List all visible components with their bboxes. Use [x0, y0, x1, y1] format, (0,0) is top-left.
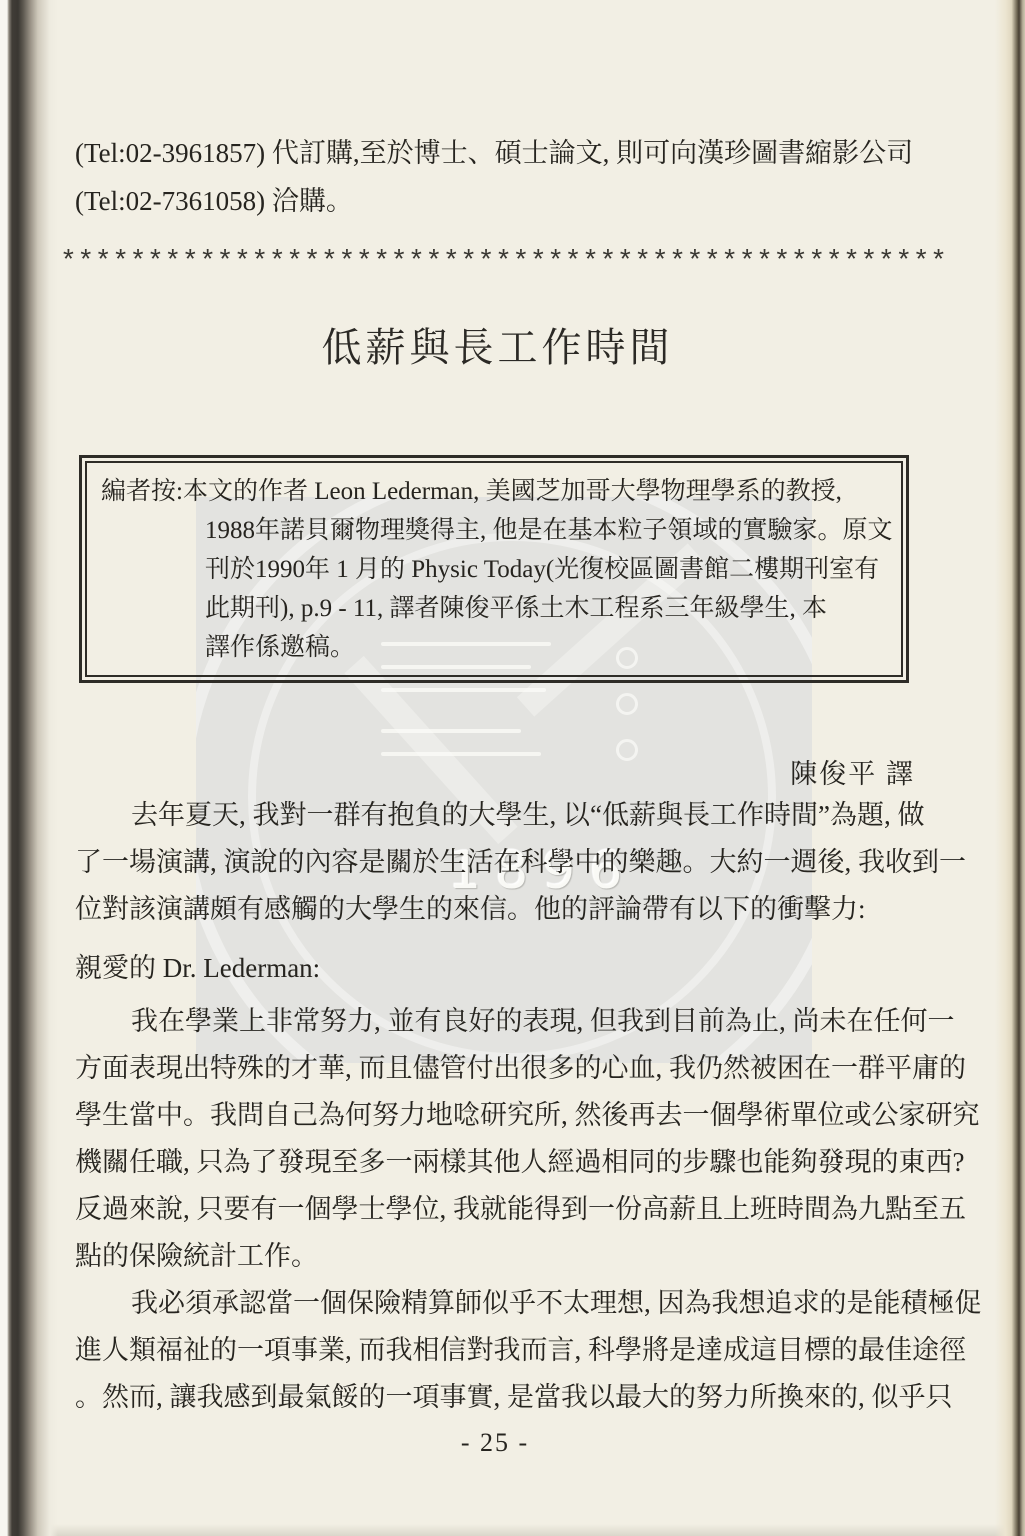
- editor-note-line: 譯作係邀稿。: [101, 628, 891, 667]
- paragraph-line: 去年夏天, 我對一群有抱負的大學生, 以“低薪與長工作時間”為題, 做: [75, 792, 923, 839]
- paragraph-line: 反過來說, 只要有一個學士學位, 我就能得到一份高薪且上班時間為九點至五: [75, 1186, 923, 1233]
- paragraph-line: 。然而, 讓我感到最氣餒的一項事實, 是當我以最大的努力所換來的, 似乎只: [75, 1374, 923, 1421]
- editor-note-line: 1988年諾貝爾物理獎得主, 他是在基本粒子領域的實驗家。原文: [101, 511, 891, 550]
- paragraph-line: 點的保險統計工作。: [75, 1233, 923, 1280]
- editor-note-box: 編者按:本文的作者 Leon Lederman, 美國芝加哥大學物理學系的教授,…: [79, 455, 909, 683]
- paragraph-line: 學生當中。我問自己為何努力地唸研究所, 然後再去一個學術單位或公家研究: [75, 1092, 923, 1139]
- header-line-2: (Tel:02-7361058) 洽購。: [75, 181, 353, 221]
- seal-dot-icon: [616, 693, 638, 715]
- book-binding-edge: [0, 0, 58, 1536]
- editor-note-line: 此期刊), p.9 - 11, 譯者陳俊平係土木工程系三年級學生, 本: [101, 589, 891, 628]
- salutation: 親愛的 Dr. Lederman:: [75, 948, 320, 988]
- paragraph-2: 我在學業上非常努力, 並有良好的表現, 但我到目前為止, 尚未在任何一 方面表現…: [75, 998, 923, 1421]
- scanned-document-page: { "page": { "header_lines": [ "(Tel:02-3…: [0, 0, 1025, 1536]
- paragraph-line: 機關任職, 只為了發現至多一兩樣其他人經過相同的步驟也能夠發現的東西?: [75, 1139, 923, 1186]
- paragraph-line: 方面表現出特殊的才華, 而且儘管付出很多的心血, 我仍然被困在一群平庸的: [75, 1045, 923, 1092]
- seal-text-line-icon: [381, 688, 546, 692]
- paragraph-line: 了一場演講, 演說的內容是關於生活在科學中的樂趣。大約一週後, 我收到一: [75, 839, 923, 886]
- editor-note-inner: 編者按:本文的作者 Leon Lederman, 美國芝加哥大學物理學系的教授,…: [85, 461, 903, 677]
- paragraph-1: 去年夏天, 我對一群有抱負的大學生, 以“低薪與長工作時間”為題, 做 了一場演…: [75, 792, 923, 933]
- header-line-1: (Tel:02-3961857) 代訂購,至於博士、碩士論文, 則可向漢珍圖書縮…: [75, 133, 913, 173]
- editor-note-line: 編者按:本文的作者 Leon Lederman, 美國芝加哥大學物理學系的教授,: [101, 472, 891, 511]
- editor-note-line: 刊於1990年 1 月的 Physic Today(光復校區圖書館二樓期刊室有: [101, 550, 891, 589]
- page-right-edge: [995, 0, 1025, 1536]
- paragraph-line: 進人類福祉的一項事業, 而我相信對我而言, 科學將是達成這目標的最佳途徑: [75, 1327, 923, 1374]
- paragraph-line: 我在學業上非常努力, 並有良好的表現, 但我到目前為止, 尚未在任何一: [75, 998, 923, 1045]
- paragraph-line: 位對該演講頗有感觸的大學生的來信。他的評論帶有以下的衝擊力:: [75, 886, 923, 933]
- seal-text-line-icon: [381, 729, 521, 733]
- translator-credit: 陳俊平 譯: [75, 752, 915, 791]
- star-divider: ****************************************…: [60, 247, 948, 278]
- page-number: - 25 -: [75, 1428, 915, 1458]
- page-bottom-shadow: [0, 1524, 1025, 1536]
- paragraph-line: 我必須承認當一個保險精算師似乎不太理想, 因為我想追求的是能積極促: [75, 1280, 923, 1327]
- article-title: 低薪與長工作時間: [75, 316, 920, 373]
